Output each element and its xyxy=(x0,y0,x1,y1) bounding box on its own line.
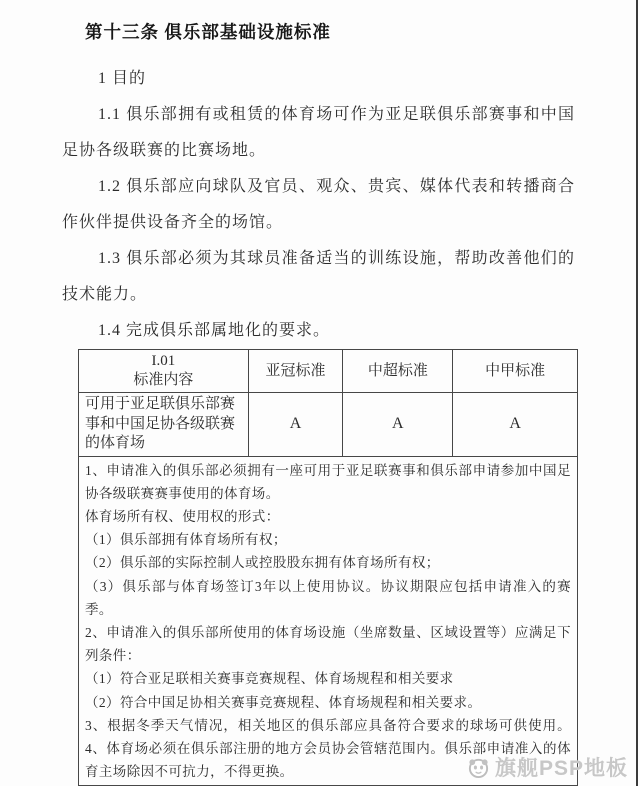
paragraph-1-2: 1.2 俱乐部应向球队及官员、观众、贵宾、媒体代表和转播商合作伙伴提供设备齐全的… xyxy=(62,169,575,241)
watermark-text: 旗舰PSP地板 xyxy=(495,752,628,782)
grade-cell-acl: A xyxy=(248,393,343,457)
note-line: 3、根据冬季天气情况，相关地区的俱乐部应具备符合要求的球场可供使用。 xyxy=(85,714,571,737)
grade-cell-league-one: A xyxy=(453,393,578,457)
standard-code: I.01 xyxy=(85,352,242,371)
notes-cell: 1、申请准入的俱乐部必须拥有一座可用于亚足联赛事和俱乐部申请参加中国足协各级联赛… xyxy=(79,456,578,786)
note-line: （1）符合亚足联相关赛事竞赛规程、体育场规程和相关要求 xyxy=(85,667,571,690)
page-title-text: 第十三条 俱乐部基础设施标准 xyxy=(85,22,331,42)
paragraph-1-1: 1.1 俱乐部拥有或租赁的体育场可作为亚足联俱乐部赛事和中国足协各级联赛的比赛场… xyxy=(62,97,575,169)
note-line: 体育场所有权、使用权的形式： xyxy=(85,505,571,528)
paragraph-1-4: 1.4 完成俱乐部属地化的要求。 xyxy=(62,313,575,349)
standards-table: I.01 标准内容 亚冠标准 中超标准 中甲标准 可用于亚足联俱乐部赛事和中国足… xyxy=(78,349,578,786)
watermark: 旗舰PSP地板 xyxy=(467,752,628,782)
document-content: 第十三条 俱乐部基础设施标准 1 目的 1.1 俱乐部拥有或租赁的体育场可作为亚… xyxy=(0,0,636,786)
note-line: 2、申请准入的俱乐部所使用的体育场设施（坐席数量、区域设置等）应满足下列条件： xyxy=(85,621,571,667)
paragraph-purpose-heading: 1 目的 xyxy=(62,61,575,97)
table-header-row: I.01 标准内容 亚冠标准 中超标准 中甲标准 xyxy=(79,350,578,393)
table-header-criteria: I.01 标准内容 xyxy=(79,350,249,393)
notes-row: 1、申请准入的俱乐部必须拥有一座可用于亚足联赛事和俱乐部申请参加中国足协各级联赛… xyxy=(79,456,578,786)
paragraph-1-3: 1.3 俱乐部必须为其球员准备适当的训练设施，帮助改善他们的技术能力。 xyxy=(62,241,575,313)
column-header-acl: 亚冠标准 xyxy=(248,350,343,393)
criteria-row: 可用于亚足联俱乐部赛事和中国足协各级联赛的体育场 A A A xyxy=(79,393,578,457)
document-page: 第十三条 俱乐部基础设施标准 1 目的 1.1 俱乐部拥有或租赁的体育场可作为亚… xyxy=(0,0,638,786)
note-line: （3）俱乐部与体育场签订3年以上使用协议。协议期限应包括申请准入的赛季。 xyxy=(85,575,571,621)
page-title: 第十三条 俱乐部基础设施标准 xyxy=(85,20,575,44)
note-line: （2）符合中国足协相关赛事竞赛规程、体育场规程和相关要求。 xyxy=(85,691,571,714)
note-line: （1）俱乐部拥有体育场所有权； xyxy=(85,528,571,551)
standard-content-label: 标准内容 xyxy=(85,371,242,390)
panda-logo-icon xyxy=(467,756,490,779)
note-line: 1、申请准入的俱乐部必须拥有一座可用于亚足联赛事和俱乐部申请参加中国足协各级联赛… xyxy=(85,459,571,505)
note-line: （2）俱乐部的实际控制人或控股股东拥有体育场所有权； xyxy=(85,551,571,574)
column-header-league-one: 中甲标准 xyxy=(453,350,578,393)
grade-cell-csl: A xyxy=(343,393,453,457)
criteria-cell: 可用于亚足联俱乐部赛事和中国足协各级联赛的体育场 xyxy=(79,393,249,457)
column-header-csl: 中超标准 xyxy=(343,350,453,393)
